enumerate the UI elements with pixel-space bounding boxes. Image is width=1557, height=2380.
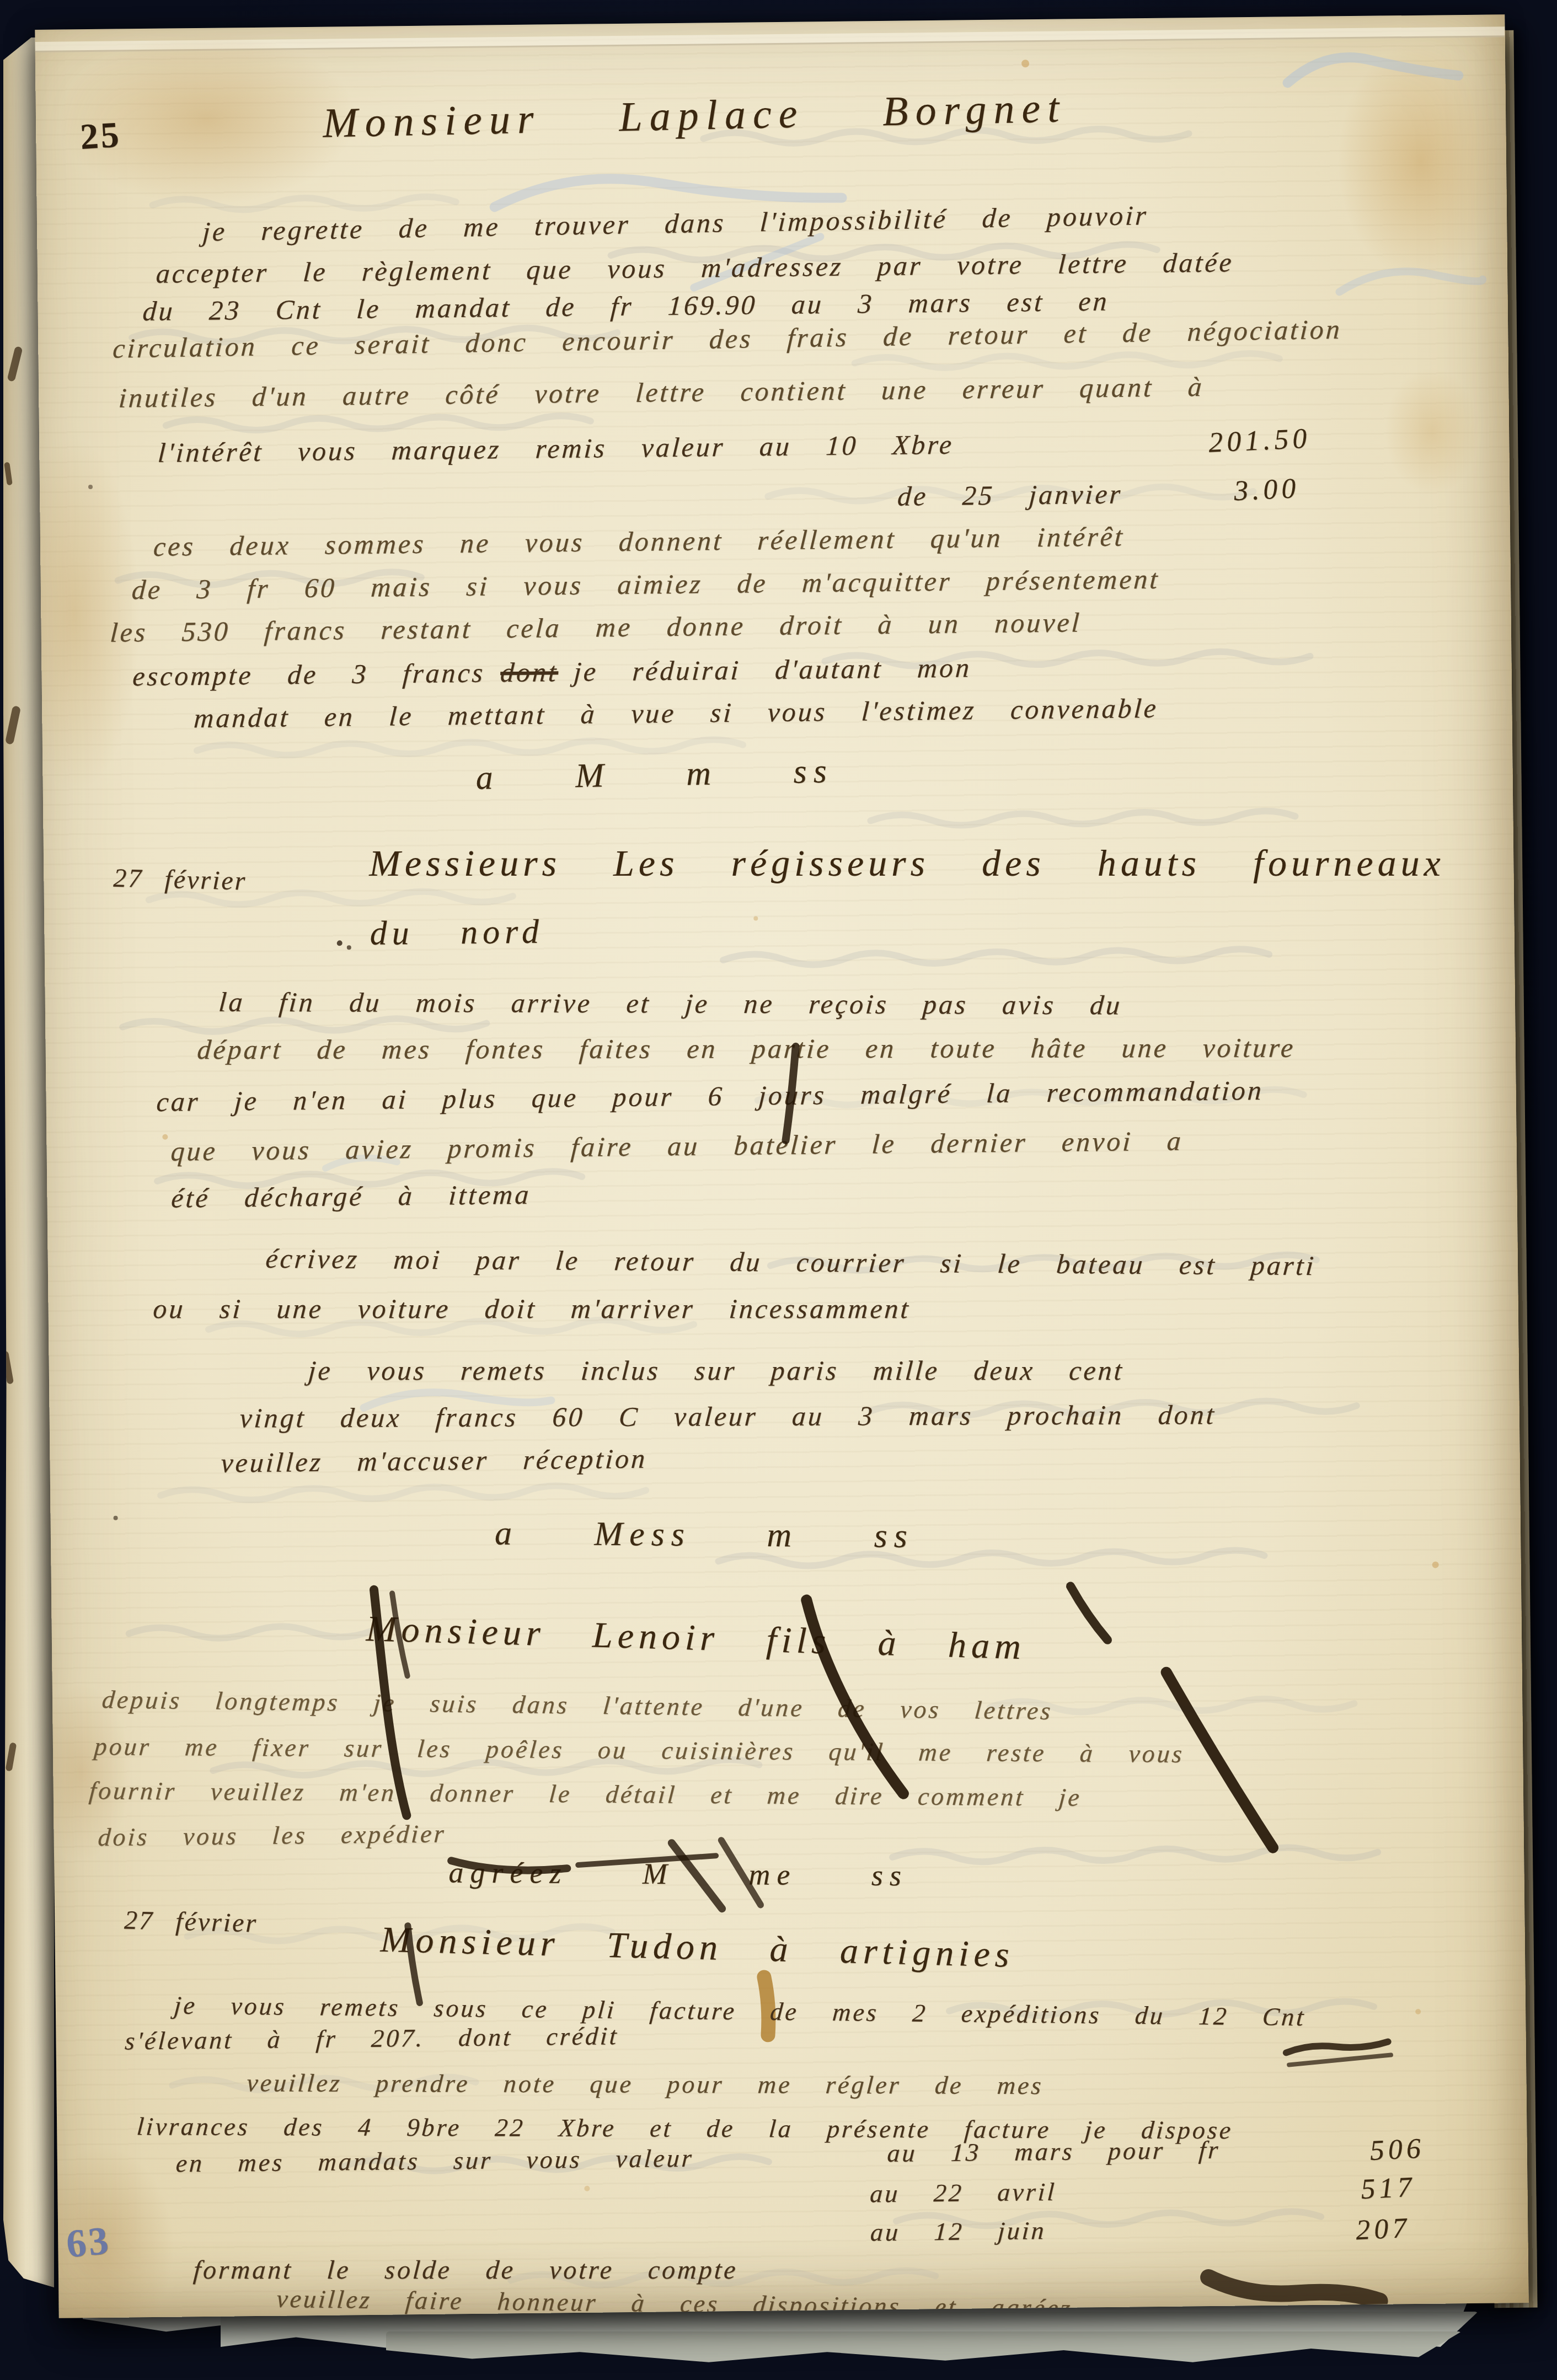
manuscript-page: 25 Monsieur Laplace Borgnet je regrette …	[35, 14, 1528, 2318]
under-page-deckle-edge	[386, 2331, 1462, 2366]
ink-mark	[2, 1350, 14, 1384]
ink-mark	[6, 1742, 17, 1771]
ink-mark	[4, 462, 13, 486]
photograph-of-manuscript: 25 Monsieur Laplace Borgnet je regrette …	[0, 0, 1557, 2380]
pen-strike-marks	[35, 14, 1528, 2318]
ink-mark	[7, 346, 23, 382]
ink-mark	[5, 705, 21, 745]
